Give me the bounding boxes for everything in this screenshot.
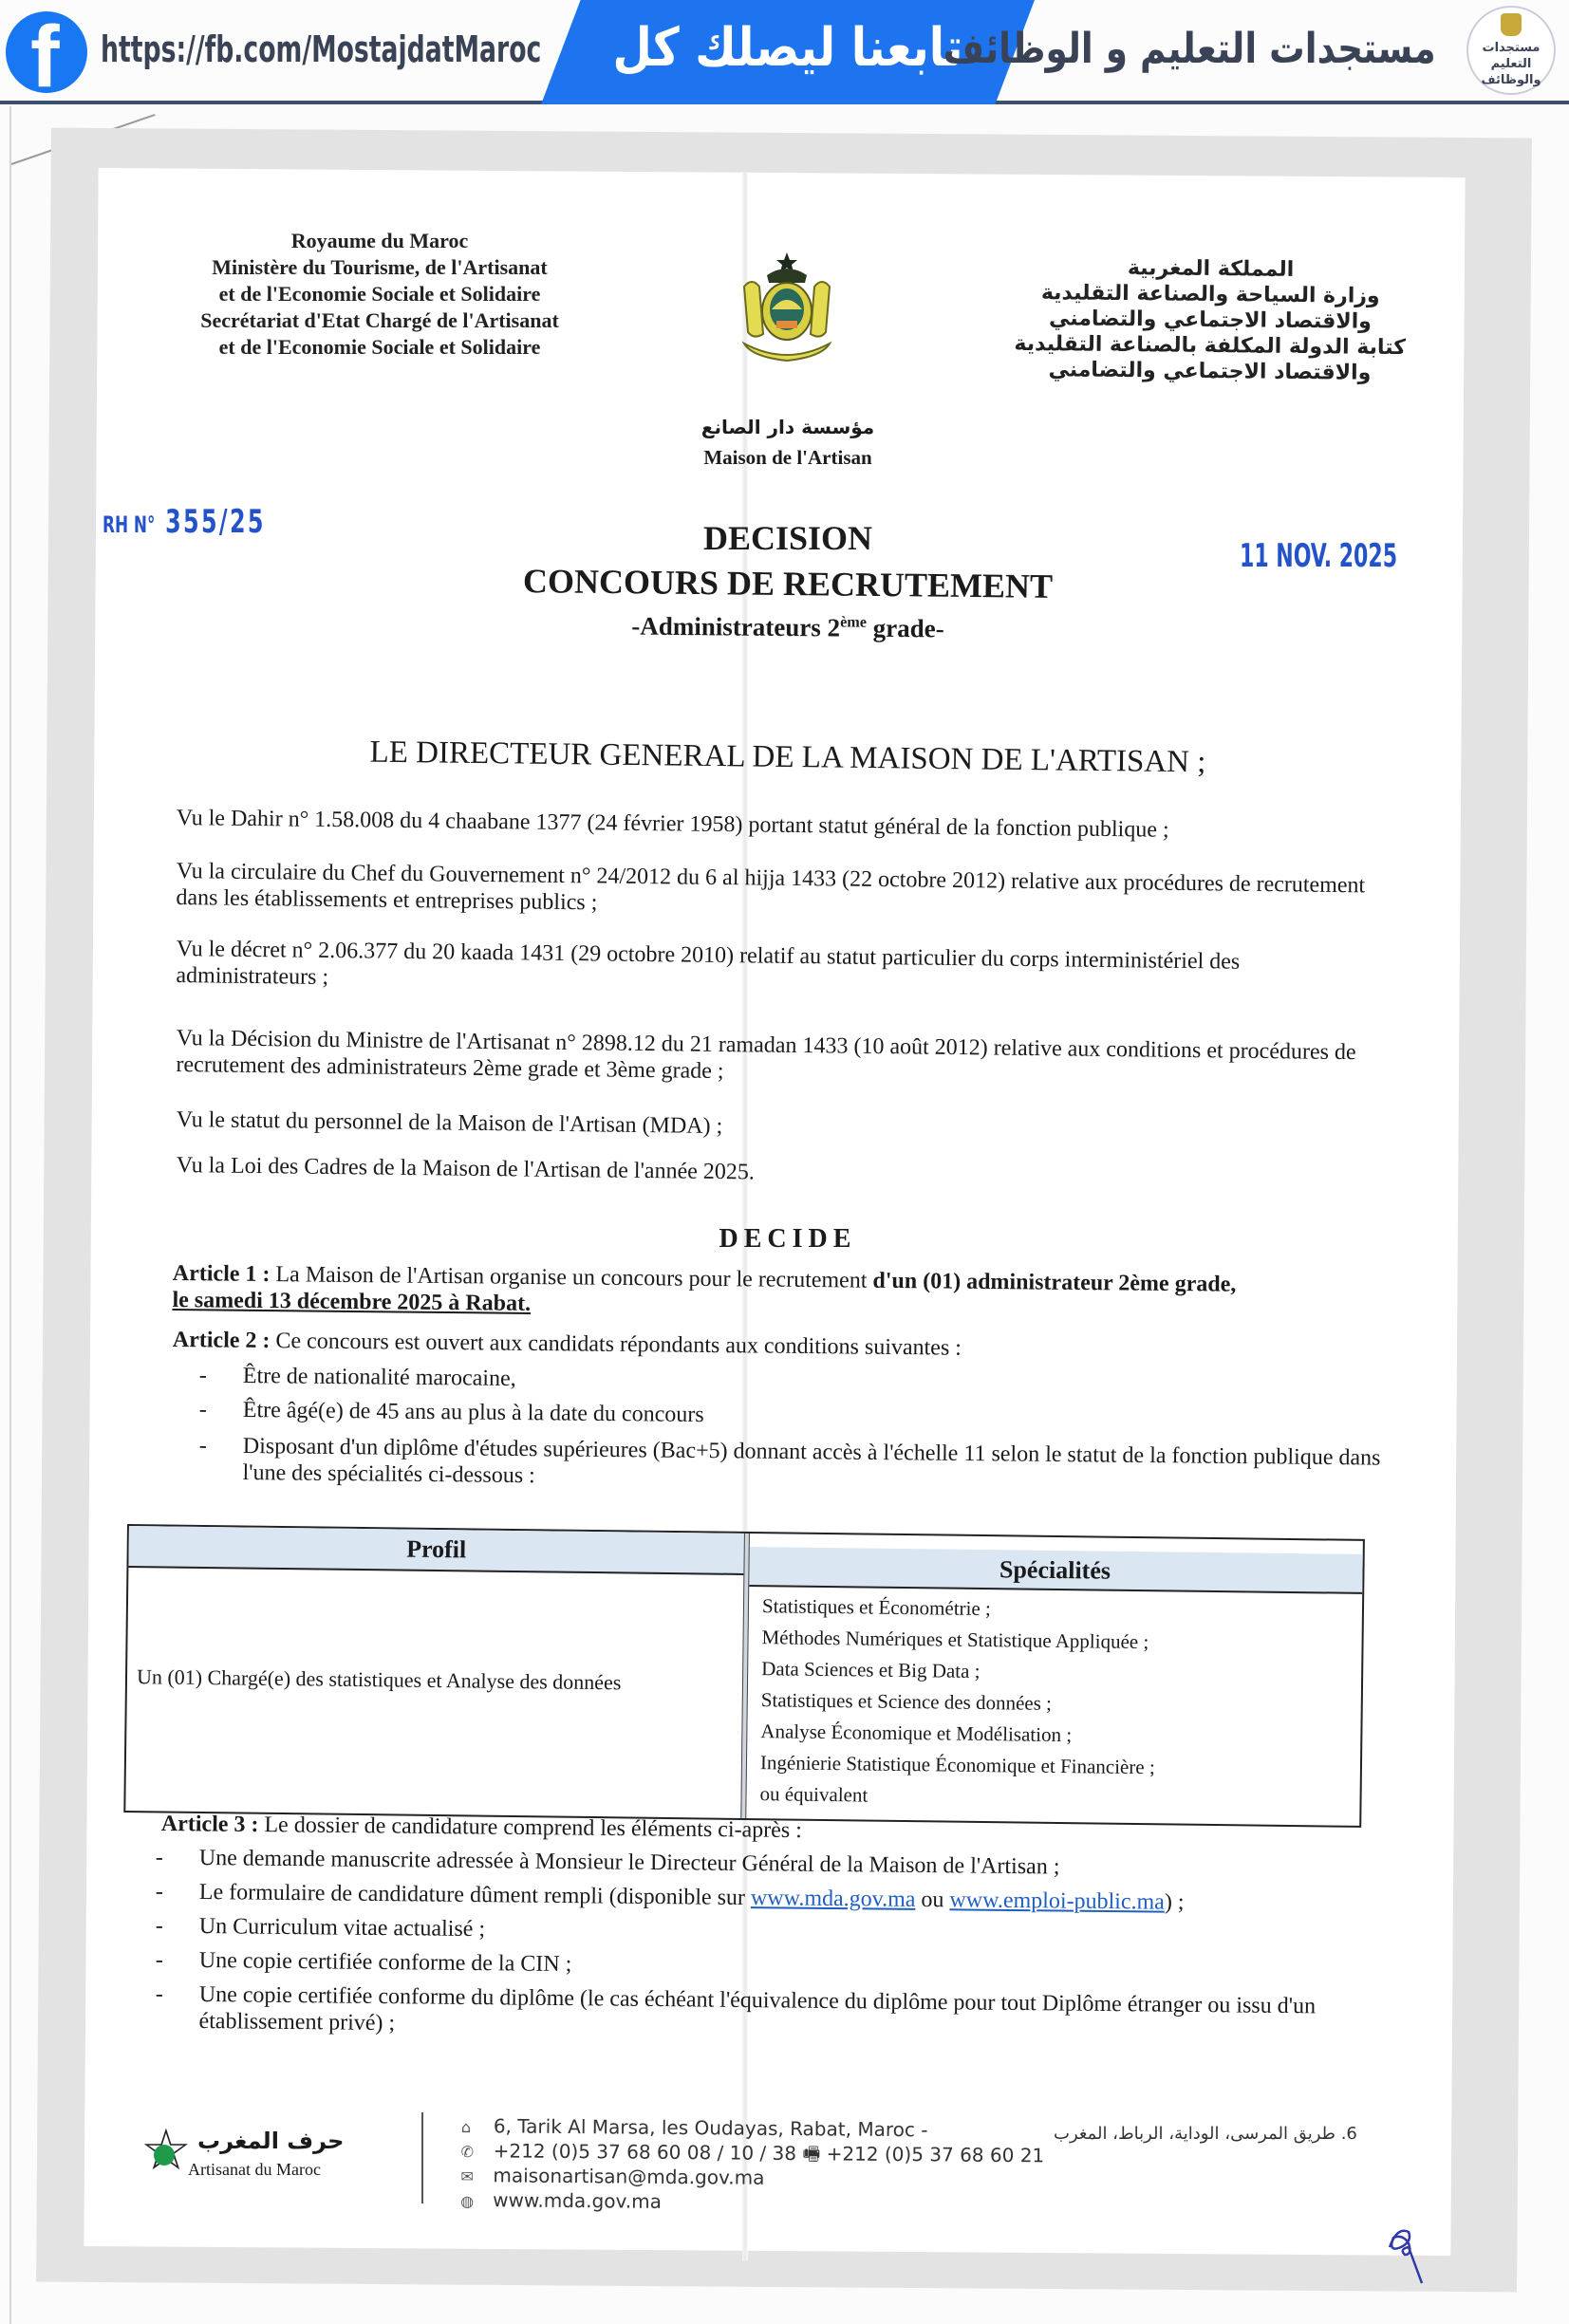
mda-link[interactable]: www.mda.gov.ma [751, 1886, 916, 1912]
specialty-item: ou équivalent [759, 1778, 1348, 1817]
site-name: مستجدات التعليم و الوظائف [943, 25, 1436, 73]
dossier-text: ou [915, 1887, 949, 1912]
article-2-label: Article 2 : [173, 1328, 271, 1353]
site-logo-text: مستجدات التعليم والوظائف [1468, 40, 1554, 88]
coat-of-arms-icon [731, 249, 843, 372]
follow-us-text: تابعنا ليصلك كل جديد [578, 17, 998, 140]
header-fr-line: Secrétariat d'Etat Chargé de l'Artisanat [152, 307, 607, 334]
table-header-specialites: Spécialités [747, 1547, 1362, 1594]
reference-number: 355/25 [165, 503, 266, 541]
document-grade: -Administrateurs 2ème grade- [532, 611, 1044, 645]
reference-prefix: RH N° [103, 511, 155, 538]
signature [1380, 2221, 1428, 2287]
table-cell-specialites: Statistiques et Économétrie ; Méthodes N… [759, 1590, 1351, 1817]
dossier-text: Une copie certifiée conforme de la CIN ; [199, 1948, 572, 1977]
top-banner: f https://fb.com/MostajdatMaroc تابعنا ل… [0, 0, 1569, 104]
header-fr-line: et de l'Economie Sociale et Solidaire [152, 334, 607, 361]
facebook-link[interactable]: https://fb.com/MostajdatMaroc [101, 28, 541, 70]
reference-stamp: RH N° 355/25 [103, 503, 266, 541]
page-fold [742, 173, 748, 2260]
header-french: Royaume du Maroc Ministère du Tourisme, … [152, 228, 607, 361]
footer-divider [421, 2112, 423, 2203]
site-logo: مستجدات التعليم والوظائف [1466, 6, 1556, 95]
dossier-text: ) ; [1165, 1890, 1185, 1915]
article-3-text: Le dossier de candidature comprend les é… [258, 1813, 802, 1843]
footer-address-arabic: 6. طريق المرسى، الوداية، الرباط، المغرب [1054, 2124, 1357, 2144]
facebook-icon[interactable]: f [6, 11, 87, 93]
org-name-french: Maison de l'Artisan [655, 446, 921, 470]
dossier-text: Un Curriculum vitae actualisé ; [199, 1914, 486, 1942]
fax-icon: 🖷 [802, 2142, 820, 2165]
document-subtitle: CONCOURS DE RECRUTEMENT [475, 561, 1101, 607]
footer-contact: ⌂6, Tarik Al Marsa, les Oudayas, Rabat, … [460, 2114, 1044, 2218]
decide-heading: DECIDE [570, 1224, 1006, 1255]
header-fr-line: Royaume du Maroc [152, 228, 607, 254]
logo-dot [154, 2145, 175, 2166]
header-arabic: المملكة المغربية وزارة السياحة والصناعة … [986, 254, 1433, 387]
logo-french: Artisanat du Maroc [188, 2160, 321, 2180]
grade-suffix: grade- [867, 614, 944, 643]
scan-edge [9, 106, 11, 2324]
footer-email[interactable]: maisonartisan@mda.gov.ma [493, 2164, 764, 2188]
document-title: DECISION [570, 518, 1006, 558]
header-fr-line: Ministère du Tourisme, de l'Artisanat [152, 254, 607, 281]
header-ar-line: والاقتصاد الاجتماعي والتضامني [986, 357, 1432, 387]
artisanat-logo: ☆ حرف المغرب Artisanat du Maroc [140, 2122, 378, 2188]
emploi-public-link[interactable]: www.emploi-public.ma [949, 1887, 1165, 1914]
footer-phone: +212 (0)5 37 68 60 08 / 10 / 38 [494, 2139, 797, 2165]
dossier-text: Le formulaire de candidature dûment remp… [199, 1880, 751, 1910]
home-icon: ⌂ [461, 2116, 480, 2139]
article-1-label: Article 1 : [173, 1261, 271, 1287]
grade-text: -Administrateurs 2 [631, 612, 840, 642]
article-1-date: le samedi 13 décembre 2025 à Rabat. [172, 1288, 531, 1316]
emblem-icon [1501, 13, 1522, 36]
specialties-table: Profil Spécialités Un (01) Chargé(e) des… [123, 1524, 1365, 1828]
article-1-text: La Maison de l'Artisan organise un conco… [270, 1262, 872, 1293]
date-stamp: 11 NOV. 2025 [1240, 537, 1397, 575]
grade-sup: ème [840, 613, 867, 630]
footer-fax: +212 (0)5 37 68 60 21 [827, 2142, 1045, 2166]
org-name-arabic: مؤسسة دار الصانع [655, 416, 921, 438]
table-header-profil: Profil [128, 1526, 743, 1575]
footer-website[interactable]: www.mda.gov.ma [493, 2188, 662, 2213]
email-icon: ✉ [460, 2166, 479, 2188]
article-1-bold: d'un (01) administrateur 2ème grade, [872, 1269, 1236, 1297]
header-fr-line: et de l'Economie Sociale et Solidaire [152, 281, 607, 307]
phone-icon: ✆ [461, 2141, 480, 2164]
article-3-label: Article 3 : [161, 1812, 259, 1837]
logo-arabic: حرف المغرب [197, 2128, 344, 2154]
table-column-divider [740, 1534, 750, 1818]
footer-address: 6, Tarik Al Marsa, les Oudayas, Rabat, M… [494, 2114, 928, 2141]
table-cell-profil: Un (01) Chargé(e) des statistiques et An… [137, 1664, 735, 1697]
globe-icon: ◍ [460, 2190, 479, 2213]
condition-text: Être de nationalité marocaine, [243, 1364, 516, 1391]
condition-text: Être âgé(e) de 45 ans au plus à la date … [243, 1398, 704, 1427]
